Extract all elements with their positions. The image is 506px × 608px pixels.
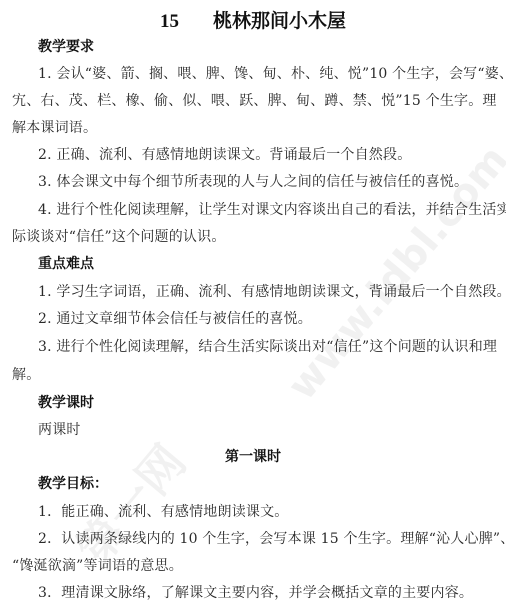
section-heading-objectives: 教学目标： bbox=[38, 475, 108, 493]
paragraph-line: 2．认读两条绿线内的 10 个生字，会写本课 15 个生字。理解“沁人心脾”、 bbox=[38, 530, 506, 548]
paragraph-line: 宄、右、茂、栏、橡、偷、似、喂、跃、脾、甸、蹲、禁、悦”15 个生字。理 bbox=[12, 92, 496, 110]
document-page: www.ldbl.com 第一网 15桃林那间小木屋 教学要求 1. 会认“婆、… bbox=[0, 0, 506, 608]
paragraph-line: 2. 正确、流利、有感情地朗读课文。背诵最后一个自然段。 bbox=[38, 146, 506, 164]
paragraph-line: 际谈谈对“信任”这个问题的认识。 bbox=[12, 228, 496, 246]
class-hours-value: 两课时 bbox=[38, 421, 506, 439]
lesson-number: 15 bbox=[160, 11, 179, 32]
section-heading-requirements: 教学要求 bbox=[38, 38, 94, 56]
paragraph-line: 解。 bbox=[12, 366, 496, 384]
paragraph-line: 1. 学习生字词语，正确、流利、有感情地朗读课文，背诵最后一个自然段。 bbox=[38, 283, 506, 301]
paragraph-line: 1. 会认“婆、箭、搁、喂、脾、馋、甸、朴、纯、悦”10 个生字，会写“婆、 bbox=[38, 65, 506, 83]
paragraph-line: 解本课词语。 bbox=[12, 119, 496, 137]
paragraph-line: 3. 体会课文中每个细节所表现的人与人之间的信任与被信任的喜悦。 bbox=[38, 173, 506, 191]
section-heading-key-points: 重点难点 bbox=[38, 255, 94, 273]
paragraph-line: “馋涎欲滴”等词语的意思。 bbox=[12, 557, 496, 575]
section-heading-first-lesson: 第一课时 bbox=[0, 448, 506, 466]
lesson-title: 桃林那间小木屋 bbox=[213, 10, 346, 32]
paragraph-line: 1．能正确、流利、有感情地朗读课文。 bbox=[38, 503, 506, 521]
section-heading-class-hours: 教学课时 bbox=[38, 394, 94, 412]
paragraph-line: 4. 进行个性化阅读理解，让学生对课文内容谈出自己的看法，并结合生活实 bbox=[38, 201, 506, 219]
page-title: 15桃林那间小木屋 bbox=[0, 8, 506, 35]
paragraph-line: 3．理清课文脉络，了解课文主要内容，并学会概括文章的主要内容。 bbox=[38, 584, 506, 602]
paragraph-line: 2. 通过文章细节体会信任与被信任的喜悦。 bbox=[38, 310, 506, 328]
paragraph-line: 3. 进行个性化阅读理解，结合生活实际谈出对“信任”这个问题的认识和理 bbox=[38, 338, 506, 356]
